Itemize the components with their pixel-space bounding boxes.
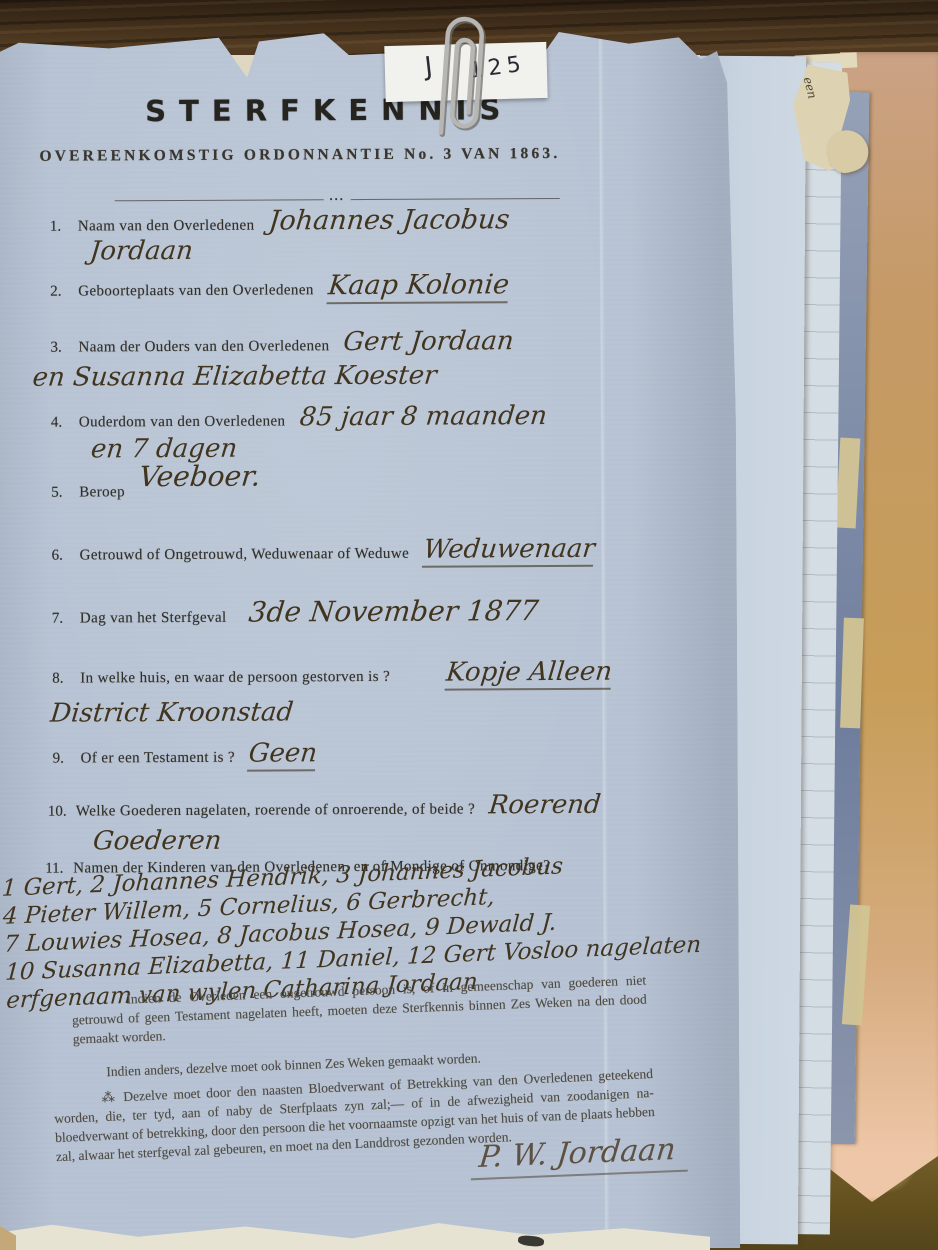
item-number: 9. xyxy=(53,751,77,768)
form-item-7: 7. Dag van het Sterfgeval 3de November 1… xyxy=(52,594,538,630)
item-number: 3. xyxy=(50,340,74,357)
form-item-8: 8. In welke huis, en waar de persoon ges… xyxy=(52,657,612,693)
item-value: Johannes Jacobus xyxy=(267,204,511,236)
item-number: 7. xyxy=(52,611,76,628)
item-label: Of er een Testament is ? xyxy=(81,750,236,767)
item-number: 4. xyxy=(51,415,75,432)
form-item-6: 6. Getrouwd of Ongetrouwd, Weduwenaar of… xyxy=(51,534,594,570)
form-item-5: 5. Beroep Veeboer. xyxy=(51,470,260,504)
form-item-1: 1. Naam van den Overledenen Johannes Jac… xyxy=(50,204,509,237)
item-number: 6. xyxy=(52,548,76,565)
item-value: 85 jaar 8 maanden xyxy=(298,401,548,432)
item-number: 5. xyxy=(51,485,75,502)
item-value: Kaap Kolonie xyxy=(326,269,510,304)
form-item-1-value-line2: Jordaan xyxy=(88,236,194,267)
item-value: Weduwenaar xyxy=(421,534,595,568)
form-item-3-value-line2: en Susanna Elizabetta Koester xyxy=(31,361,438,393)
divider-ornament: ••• xyxy=(115,194,560,204)
signature: P. W. Jordaan xyxy=(471,1131,691,1180)
item-label: Beroep xyxy=(79,484,125,500)
form-item-8-value-line2: District Kroonstad xyxy=(49,697,295,728)
form-item-9: 9. Of er een Testament is ? Geen xyxy=(53,738,318,772)
item-label: Welke Goederen nagelaten, roerende of on… xyxy=(76,801,475,819)
sterfkennis-form-page: STERFKENNIS OVEREENKOMSTIG ORDONNANTIE N… xyxy=(0,23,740,1250)
paperclip xyxy=(413,0,513,150)
divider-line xyxy=(115,199,324,201)
form-item-2: 2. Geboorteplaats van den Overledenen Ka… xyxy=(50,269,509,305)
item-label: Ouderdom van den Overledenen xyxy=(79,413,286,430)
asterism-marker: ⁂ xyxy=(101,1089,118,1105)
item-label: Getrouwd of Ongetrouwd, Weduwenaar of We… xyxy=(80,546,410,564)
item-value: Gert Jordaan xyxy=(342,326,515,357)
item-value: Kopje Alleen xyxy=(444,657,613,691)
item-value: Roerend xyxy=(488,790,603,821)
item-label: Geboorteplaats van den Overledenen xyxy=(78,282,314,299)
item-number: 8. xyxy=(52,671,76,688)
form-item-4: 4. Ouderdom van den Overledenen 85 jaar … xyxy=(51,401,547,434)
form-item-3: 3. Naam der Ouders van den Overledenen G… xyxy=(50,326,513,358)
form-item-10: 10. Welke Goederen nagelaten, roerende o… xyxy=(48,790,601,823)
item-number: 10. xyxy=(48,804,72,821)
tape-bit xyxy=(840,618,864,729)
item-label: In welke huis, en waar de persoon gestor… xyxy=(80,669,390,687)
item-value: Geen xyxy=(247,738,319,771)
item-number: 2. xyxy=(50,284,74,301)
divider-line xyxy=(351,197,560,199)
scrap-handwriting: een xyxy=(801,75,820,100)
item-label: Dag van het Sterfgeval xyxy=(80,610,227,627)
item-label: Naam der Ouders van den Overledenen xyxy=(78,338,329,355)
document-photo: een STERFKENNIS OVEREENKOMSTIG ORDONNANT… xyxy=(0,0,938,1250)
item-label: Naam van den Overledenen xyxy=(78,218,255,235)
form-item-10-value-line2: Goederen xyxy=(92,826,223,857)
divider-dots: ••• xyxy=(323,195,350,203)
item-value: Veeboer. xyxy=(137,460,262,494)
item-value: 3de November 1877 xyxy=(247,594,540,629)
item-number: 1. xyxy=(50,219,74,236)
